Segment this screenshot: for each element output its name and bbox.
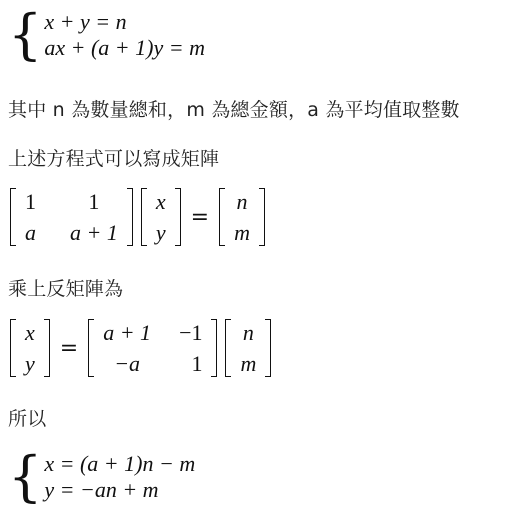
matrix-cell: 1: [19, 186, 42, 217]
matrix-cell: 1: [157, 348, 208, 379]
equation-system-original: { x + y = n ax + (a + 1)y = m: [8, 8, 205, 62]
left-brace-icon: {: [8, 450, 42, 504]
vector-cell: n: [234, 317, 262, 348]
equation-line: x + y = n: [44, 9, 205, 35]
matrix-cell: a + 1: [42, 217, 124, 248]
matrix-cell: a + 1: [97, 317, 157, 348]
equation-line: x = (a + 1)n − m: [44, 451, 195, 477]
vector-cell: y: [19, 348, 41, 379]
inverse-intro-paragraph: 乘上反矩陣為: [8, 274, 123, 301]
vector-cell: x: [19, 317, 41, 348]
matrix-intro-paragraph: 上述方程式可以寫成矩陣: [8, 144, 219, 171]
equals-sign: =: [60, 336, 78, 361]
inverse-matrix: a + 1 −1 −a 1: [88, 317, 217, 379]
left-brace-icon: {: [8, 8, 42, 62]
matrix-equation: 1 1 a a + 1 x y = n m: [10, 186, 265, 248]
equation-line: ax + (a + 1)y = m: [44, 35, 205, 61]
constant-vector: n m: [219, 186, 265, 248]
vector-cell: n: [228, 186, 256, 217]
matrix-cell: −a: [97, 348, 157, 379]
vector-cell: x: [150, 186, 172, 217]
equation-system-solution: { x = (a + 1)n − m y = −an + m: [8, 450, 195, 504]
vector-cell: y: [150, 217, 172, 248]
vector-cell: m: [228, 217, 256, 248]
variable-vector: x y: [141, 186, 181, 248]
coefficient-matrix: 1 1 a a + 1: [10, 186, 133, 248]
variable-vector: x y: [10, 317, 50, 379]
conclusion-paragraph: 所以: [8, 404, 46, 431]
equation-line: y = −an + m: [44, 477, 195, 503]
equals-sign: =: [191, 205, 209, 230]
constant-vector: n m: [225, 317, 271, 379]
matrix-cell: −1: [157, 317, 208, 348]
definition-paragraph: 其中 n 為數量總和，m 為總金額，a 為平均值取整數: [8, 95, 460, 122]
inverse-matrix-equation: x y = a + 1 −1 −a 1 n m: [10, 317, 271, 379]
matrix-cell: 1: [42, 186, 124, 217]
vector-cell: m: [234, 348, 262, 379]
matrix-cell: a: [19, 217, 42, 248]
